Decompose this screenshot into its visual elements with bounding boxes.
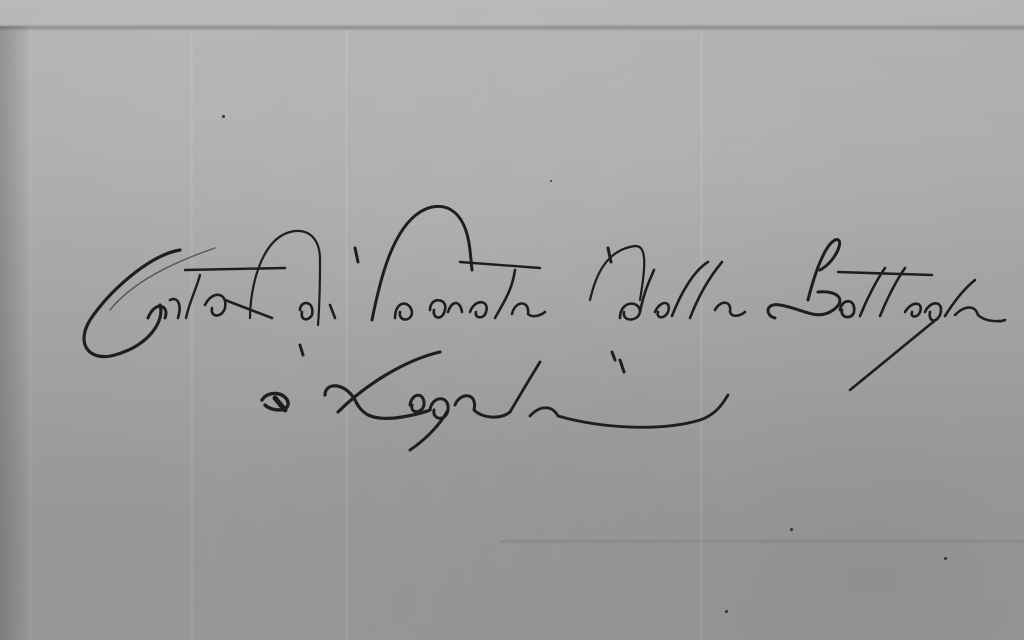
handwriting-strokes: [0, 0, 1024, 640]
paper-sheet: Carta di Società della Bottegha e Legali: [0, 0, 1024, 640]
